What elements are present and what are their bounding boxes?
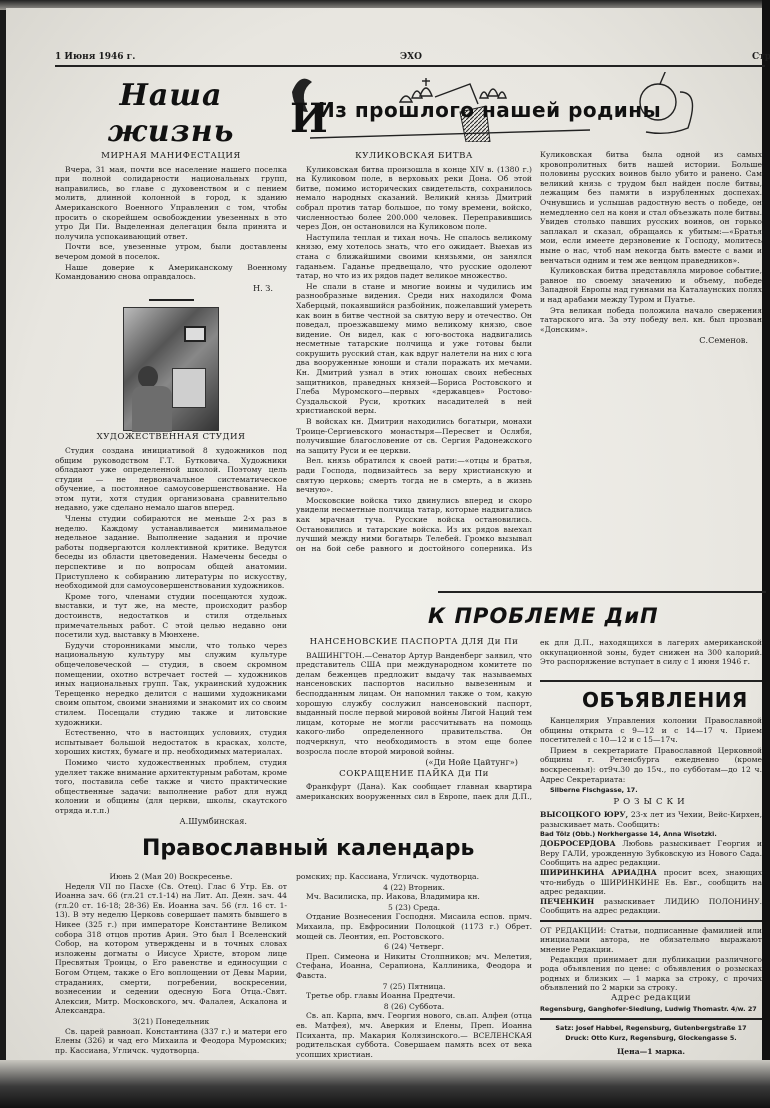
article-title: КУЛИКОВСКАЯ БИТВА	[296, 152, 532, 162]
article-paragraph: Наше доверие к Американскому Военному Ко…	[55, 263, 287, 282]
article-paragraph: Члены студии собираются не меньше 2-х ра…	[55, 514, 287, 591]
page-label: Стр.	[752, 52, 770, 62]
notice-paragraph: Канцелярия Управления колонии Православн…	[540, 716, 762, 745]
price: Цена—1 марка.	[540, 1047, 762, 1057]
column-calendar: Июнь 2 (Мая 20) Воскресенье. Неделя VII …	[55, 872, 287, 1060]
article-paragraph: Помимо чисто художественных проблем, сту…	[55, 758, 287, 816]
column-dp: НАНСЕНОВСКИЕ ПАСПОРТА ДЛЯ Ди Пи ВАШИНГТО…	[296, 636, 532, 803]
article-paragraph: Почти все, увезенные утром, были доставл…	[55, 242, 287, 261]
search-item: ДОБРОСЕРДОВА Любовь разыскивает Георгия …	[540, 839, 762, 868]
article-paragraph: В войсках кн. Дмитрия находились богатыр…	[296, 417, 532, 455]
article-paragraph: Наступила теплая и тихая ночь. Не спалос…	[296, 233, 532, 281]
issue-date: 1 Июня 1946 г.	[55, 52, 135, 62]
calendar-day: Июнь 2 (Мая 20) Воскресенье.	[55, 872, 287, 882]
article-paragraph: Вчера, 31 мая, почти все население нашег…	[55, 165, 287, 242]
article-source: («Ди Нойе Цайтунг»)	[296, 758, 532, 768]
calendar-text: Св. царей равноап. Константина (337 г.) …	[55, 1027, 287, 1056]
editorial-address: Regensburg, Ganghofer-Siedlung, Ludwig T…	[540, 1005, 762, 1015]
article-paragraph: Кроме того, членами студии посещаются ху…	[55, 592, 287, 640]
history-banner: И Из прошлого нашей родины	[290, 72, 720, 142]
scan-bottom-shadow	[0, 1060, 770, 1108]
section-title-ads: ОБЪЯВЛЕНИЯ	[582, 688, 748, 712]
search-title: РОЗЫСКИ	[540, 798, 762, 808]
canvas-easel-icon	[172, 368, 206, 408]
calendar-text: Неделя VII по Пасхе (Св. Отец). Глас 6 У…	[55, 882, 287, 1016]
calendar-text: Третье обр. главы Иоанна Предтечи.	[296, 991, 532, 1001]
search-address: Bad Tölz (Obb.) Norkhergasse 14, Anna Wi…	[540, 830, 762, 840]
section-title-dp: К ПРОБЛЕМЕ ДиП	[428, 604, 659, 628]
calendar-day: 7 (25) Пятница.	[296, 982, 532, 992]
article-paragraph: Не спали в стане и многие воины и чудили…	[296, 282, 532, 416]
article-signature: А.Шумбинская.	[55, 817, 287, 827]
calendar-text: Отдание Вознесения Господня. Мисаила есп…	[296, 912, 532, 941]
article-paragraph: ВАШИНГТОН.—Сенатор Артур Ванденберг заяв…	[296, 651, 532, 757]
column-dp-continued: ек для Д.П., находящихся в лагерях амери…	[540, 638, 762, 668]
imprint-set: Satz: Josef Habbel, Regensburg, Gutenber…	[540, 1024, 762, 1034]
article-paragraph: Куликовская битва была одной из самых кр…	[540, 150, 762, 265]
article-signature: Н. З.	[55, 284, 287, 294]
article-paragraph: Естественно, что в настоящих условиях, с…	[55, 728, 287, 757]
calendar-day: 4 (22) Вторник.	[296, 883, 532, 893]
calendar-text: Св. ап. Карпа, вмч. Георгия нового, св.а…	[296, 1011, 532, 1059]
masthead: 1 Июня 1946 г. ЭХО Стр.	[55, 52, 765, 66]
editorial-note: ОТ РЕДАКЦИИ: Статьи, подписанные фамилие…	[540, 926, 762, 955]
address-title: Адрес редакции	[540, 994, 762, 1004]
artist-body-icon	[132, 386, 172, 432]
column-nasha-zhizn: Наша жизнь МИРНАЯ МАНИФЕСТАЦИЯ Вчера, 31…	[55, 78, 287, 829]
calendar-day: 3(21) Понедельник	[55, 1017, 287, 1027]
imprint-print: Druck: Otto Kurz, Regensburg, Glockengas…	[540, 1034, 762, 1044]
calendar-day: 5 (23) Среда.	[296, 903, 532, 913]
pricing-note: Редакция принимает для публикации различ…	[540, 955, 762, 993]
article-title: СОКРАЩЕНИЕ ПАЙКА Ди Пи	[296, 770, 532, 780]
search-item: ПЕЧЕНКИН разыскивает ЛИДИЮ ПОЛОНИНУ. Соо…	[540, 897, 762, 916]
article-paragraph: Куликовская битва представляла мировое с…	[540, 266, 762, 304]
article-title: НАНСЕНОВСКИЕ ПАСПОРТА ДЛЯ Ди Пи	[296, 638, 532, 648]
article-paragraph: Франкфурт (Дана). Как сообщает главная к…	[296, 782, 532, 802]
scan-right-edge	[762, 0, 770, 1108]
article-paragraph: Эта великая победа положила начало сверж…	[540, 306, 762, 335]
article-paragraph: Куликовская битва произошла в конце XIV …	[296, 165, 532, 232]
column-calendar-continued: ромских; пр. Кассиана, Угличск. чудотвор…	[296, 872, 532, 1060]
search-item: ВЫСОЦКОГО ЮРУ, 23-х лет из Чехии, Вейс-К…	[540, 810, 762, 829]
section-title-calendar: Православный календарь	[142, 836, 474, 861]
calendar-day: 8 (26) Суббота.	[296, 1002, 532, 1012]
artist-head-icon	[138, 366, 158, 388]
search-item: ШИРИНКИНА АРИАДНА просит всех, знающих ч…	[540, 868, 762, 897]
divider	[540, 920, 762, 922]
picture-frame-icon	[184, 326, 206, 342]
column-history-continued: Куликовская битва была одной из самых кр…	[540, 150, 762, 582]
article-paragraph: Студия создана инициативой 8 художников …	[55, 446, 287, 513]
divider	[149, 299, 194, 301]
divider	[540, 680, 762, 682]
article-signature: С.Семенов.	[540, 336, 762, 346]
divider	[540, 1018, 762, 1020]
secretariat-address: Silberne Fischgasse, 17.	[550, 786, 638, 794]
article-paragraph: Московские войска тихо двинулись вперед …	[296, 496, 532, 554]
divider	[438, 591, 766, 593]
article-paragraph: Будучи сторонниками мысли, что только че…	[55, 641, 287, 727]
column-history: КУЛИКОВСКАЯ БИТВА Куликовская битва прои…	[296, 150, 532, 555]
paper-name: ЭХО	[400, 52, 422, 62]
article-title: МИРНАЯ МАНИФЕСТАЦИЯ	[55, 152, 287, 162]
section-title-nasha-zhizn: Наша жизнь	[55, 78, 287, 150]
column-ads: Канцелярия Управления колонии Православн…	[540, 716, 762, 1058]
article-paragraph: Вел. князь обратился к своей рати:—«отцы…	[296, 456, 532, 494]
studio-photo	[123, 307, 219, 431]
calendar-text: Мч. Василиска, пр. Иакова, Владимира кн.	[296, 892, 532, 902]
calendar-text: Преп. Симеона и Никиты Столпников; мч. М…	[296, 952, 532, 981]
masthead-rule	[55, 65, 765, 67]
history-banner-title: Из прошлого нашей родины	[318, 98, 661, 122]
notice-paragraph: Прием в секретариате Православной Церков…	[540, 746, 762, 784]
calendar-day: 6 (24) Четверг.	[296, 942, 532, 952]
article-title: ХУДОЖЕСТВЕННАЯ СТУДИЯ	[55, 433, 287, 443]
